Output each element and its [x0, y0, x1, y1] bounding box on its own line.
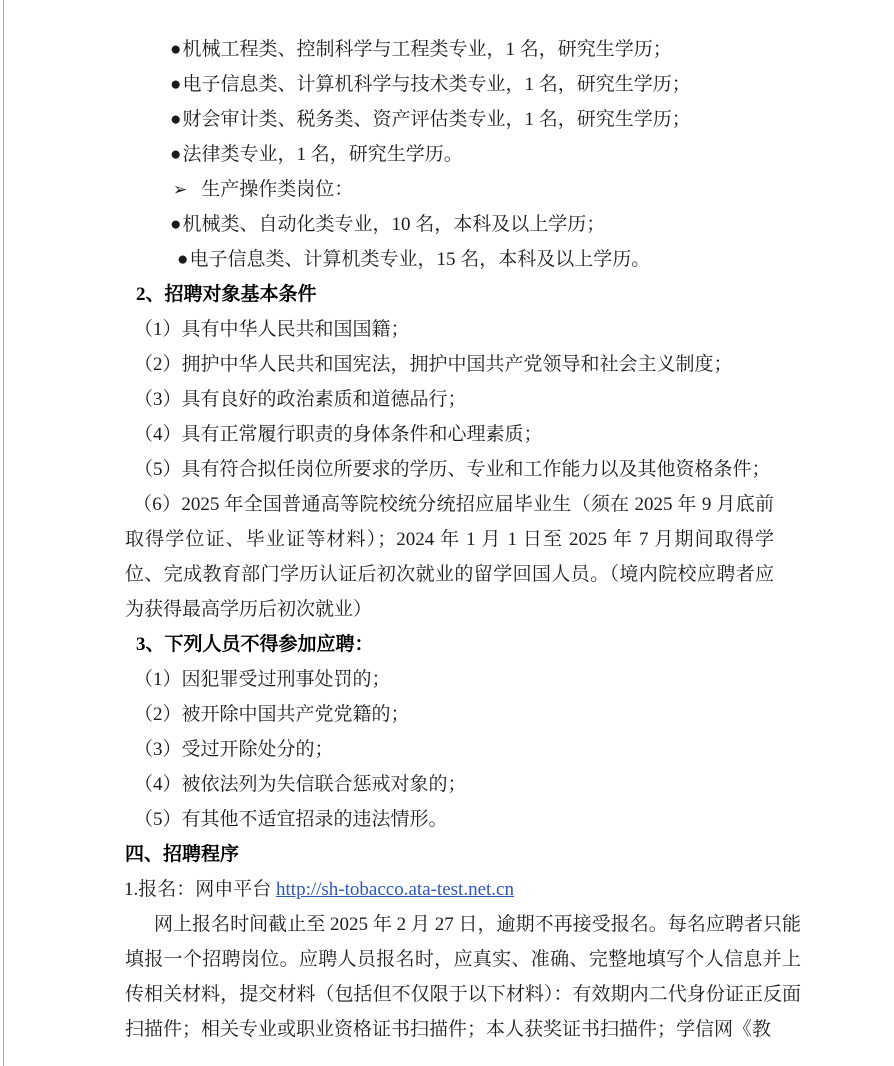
job-category-label: 生产操作类岗位：	[201, 179, 353, 200]
condition-item: （4）具有正常履行职责的身体条件和心理素质；	[134, 417, 894, 452]
exclusion-item: （2）被开除中国共产党党籍的；	[134, 697, 894, 732]
job-requirement-item: ●机械类、自动化类专业，10 名，本科及以上学历；	[170, 207, 894, 242]
condition-item: （3）具有良好的政治素质和道德品行；	[134, 382, 894, 417]
job-requirement-text: 电子信息类、计算机类专业，15 名，本科及以上学历。	[189, 249, 650, 270]
job-requirement-item: ●机械工程类、控制科学与工程类专业，1 名，研究生学历；	[170, 32, 894, 67]
job-requirement-text: 机械工程类、控制科学与工程类专业，1 名，研究生学历；	[182, 39, 671, 60]
job-requirement-item: ●电子信息类、计算机类专业，15 名，本科及以上学历。	[177, 242, 894, 277]
section-heading-recruitment-procedure: 四、招聘程序	[125, 837, 894, 872]
condition-item: （2）拥护中华人民共和国宪法，拥护中国共产党领导和社会主义制度；	[134, 347, 894, 382]
job-requirement-item: ●电子信息类、计算机科学与技术类专业，1 名，研究生学历；	[170, 67, 894, 102]
paragraph-registration-details: 网上报名时间截止至 2025 年 2 月 27 日，逾期不再接受报名。每名应聘者…	[125, 907, 801, 1047]
exclusion-item: （5）有其他不适宜招录的违法情形。	[134, 802, 894, 837]
section-heading-basic-conditions: 2、招聘对象基本条件	[136, 277, 894, 312]
exclusion-item: （3）受过开除处分的；	[134, 732, 894, 767]
document-content: ●机械工程类、控制科学与工程类专业，1 名，研究生学历； ●电子信息类、计算机科…	[0, 32, 894, 1047]
job-requirement-text: 法律类专业，1 名，研究生学历。	[182, 144, 462, 165]
paragraph-graduate-eligibility: （6）2025 年全国普通高等院校统分统招应届毕业生（须在 2025 年 9 月…	[125, 487, 774, 627]
bullet-icon: ●	[177, 242, 188, 277]
condition-item: （5）具有符合拟任岗位所要求的学历、专业和工作能力以及其他资格条件；	[134, 452, 894, 487]
job-requirement-text: 财会审计类、税务类、资产评估类专业，1 名，研究生学历；	[182, 109, 690, 130]
exclusion-item: （1）因犯罪受过刑事处罚的；	[134, 662, 894, 697]
job-requirement-text: 电子信息类、计算机科学与技术类专业，1 名，研究生学历；	[182, 74, 690, 95]
bullet-icon: ●	[170, 102, 181, 137]
application-url-link[interactable]: http://sh-tobacco.ata-test.net.cn	[276, 879, 514, 900]
section-heading-excluded-persons: 3、下列人员不得参加应聘：	[136, 627, 894, 662]
document-page: ●机械工程类、控制科学与工程类专业，1 名，研究生学历； ●电子信息类、计算机科…	[0, 0, 894, 1066]
registration-platform-label: 1.报名：网申平台	[124, 879, 276, 900]
exclusion-item: （4）被依法列为失信联合惩戒对象的；	[134, 767, 894, 802]
condition-item: （1）具有中华人民共和国国籍；	[134, 312, 894, 347]
job-requirement-item: ●法律类专业，1 名，研究生学历。	[170, 137, 894, 172]
job-category-item: ➢生产操作类岗位：	[173, 172, 894, 207]
bullet-icon: ●	[170, 67, 181, 102]
bullet-icon: ●	[170, 32, 181, 67]
bullet-icon: ●	[170, 207, 181, 242]
job-requirement-text: 机械类、自动化类专业，10 名，本科及以上学历；	[182, 214, 605, 235]
arrowhead-icon: ➢	[173, 173, 187, 208]
bullet-icon: ●	[170, 137, 181, 172]
registration-platform-line: 1.报名：网申平台 http://sh-tobacco.ata-test.net…	[124, 872, 894, 907]
job-requirement-item: ●财会审计类、税务类、资产评估类专业，1 名，研究生学历；	[170, 102, 894, 137]
